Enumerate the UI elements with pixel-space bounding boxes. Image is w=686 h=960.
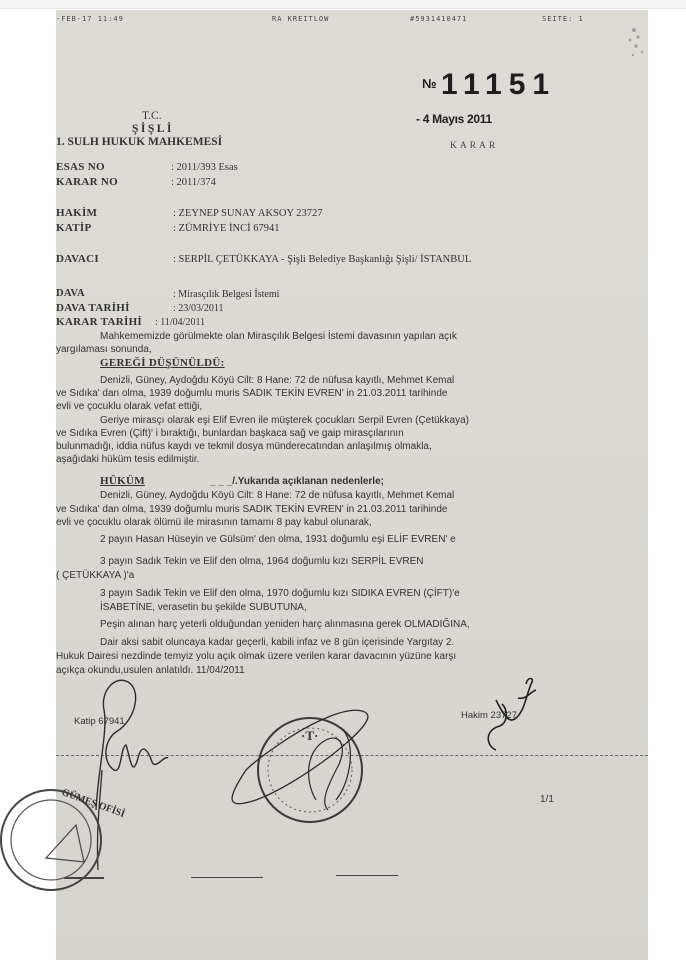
viewer-top-bar — [0, 0, 686, 9]
scanned-court-decision-page: -FEB-17 11:49 RA KREITLOW #5931410471 SE… — [56, 10, 648, 960]
corner-smudge-icon — [56, 10, 648, 960]
